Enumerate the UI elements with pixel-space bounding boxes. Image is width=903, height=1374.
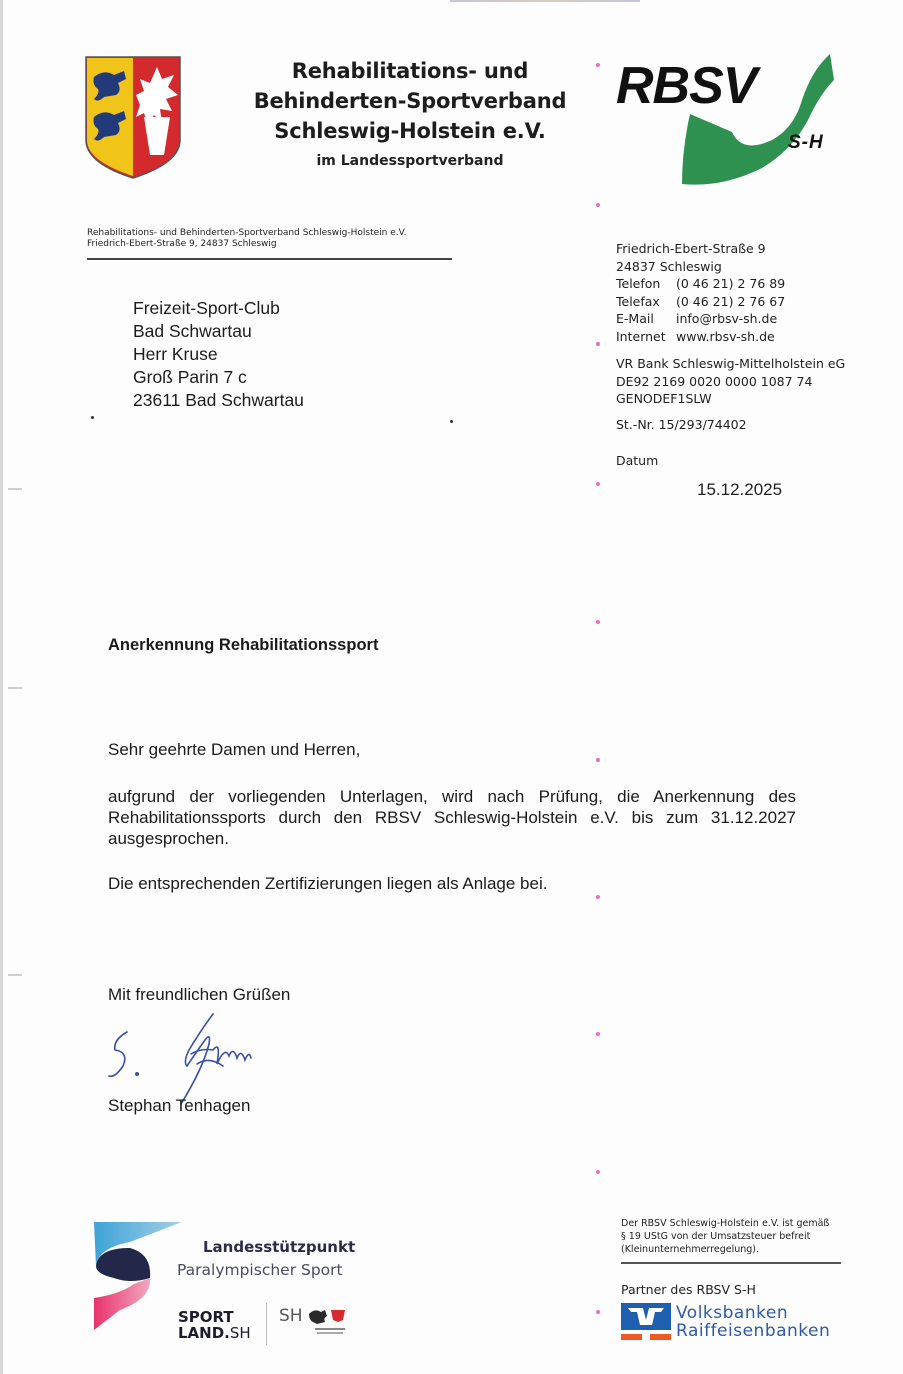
tax-exemption-note: Der RBSV Schleswig-Holstein e.V. ist gem… (621, 1217, 829, 1256)
lsp-title: Landesstützpunkt (203, 1238, 355, 1256)
partner-label: Partner des RBSV S-H (621, 1282, 756, 1297)
paralympic-ribbon-logo-icon (90, 1218, 185, 1336)
page-edge (0, 0, 3, 1374)
state-lion-icon (305, 1306, 351, 1336)
contact-phone: Telefon(0 46 21) 2 76 89 (616, 275, 785, 293)
organization-name: Rehabilitations- und Behinderten-Sportve… (240, 56, 580, 146)
sh-label: SH (279, 1306, 303, 1326)
scan-dot (596, 203, 600, 207)
scan-dot (596, 342, 600, 346)
rbsv-logo-text: RBSV (616, 56, 756, 116)
date-label: Datum (616, 453, 658, 468)
sportland-logo: SPORT LAND.SH (178, 1309, 251, 1341)
window-mark (450, 420, 453, 423)
closing: Mit freundlichen Grüßen (108, 985, 290, 1005)
tax-number: St.-Nr. 15/293/74402 (616, 417, 747, 432)
sender-address-line: Rehabilitations- und Behinderten-Sportve… (87, 228, 406, 250)
contact-fax: Telefax(0 46 21) 2 76 67 (616, 293, 785, 311)
recipient-address: Freizeit-Sport-Club Bad Schwartau Herr K… (133, 297, 304, 412)
bank-details: VR Bank Schleswig-Mittelholstein eG DE92… (616, 355, 845, 408)
scan-dot (596, 482, 600, 486)
scan-dot (596, 895, 600, 899)
scan-dot (596, 620, 600, 624)
date-value: 15.12.2025 (697, 480, 782, 500)
rbsv-logo-suffix: S-H (788, 132, 824, 154)
fold-mark (8, 687, 22, 689)
rbsv-logo: RBSV S-H (612, 50, 842, 188)
partner-name: Volksbanken Raiffeisenbanken (676, 1304, 830, 1340)
divider (621, 1262, 841, 1264)
divider (87, 258, 452, 260)
body-paragraph: Die entsprechenden Zertifizierungen lieg… (108, 874, 547, 894)
scan-dot (596, 1310, 600, 1314)
body-paragraph: aufgrund der vorliegenden Unterlagen, wi… (108, 786, 796, 849)
lsp-subtitle: Paralympischer Sport (177, 1261, 343, 1279)
scan-edge (450, 0, 640, 2)
signer-name: Stephan Tenhagen (108, 1096, 250, 1116)
window-mark (91, 416, 94, 419)
scan-dot (596, 1032, 600, 1036)
letter-subject: Anerkennung Rehabilitationssport (108, 636, 378, 655)
contact-email: E-Mailinfo@rbsv-sh.de (616, 310, 785, 328)
signature-icon (105, 1010, 265, 1105)
salutation: Sehr geehrte Damen und Herren, (108, 740, 360, 760)
organization-subtitle: im Landessportverband (240, 153, 580, 169)
fold-mark (8, 488, 22, 490)
divider (266, 1303, 267, 1345)
contact-block: Friedrich-Ebert-Straße 9 24837 Schleswig… (616, 240, 785, 345)
scan-dot (596, 63, 600, 67)
coat-of-arms-icon (84, 55, 182, 180)
fold-mark (8, 974, 22, 976)
volksbank-logo-icon (621, 1303, 671, 1341)
contact-website: Internetwww.rbsv-sh.de (616, 328, 785, 346)
scan-dot (596, 758, 600, 762)
scan-dot (596, 1170, 600, 1174)
